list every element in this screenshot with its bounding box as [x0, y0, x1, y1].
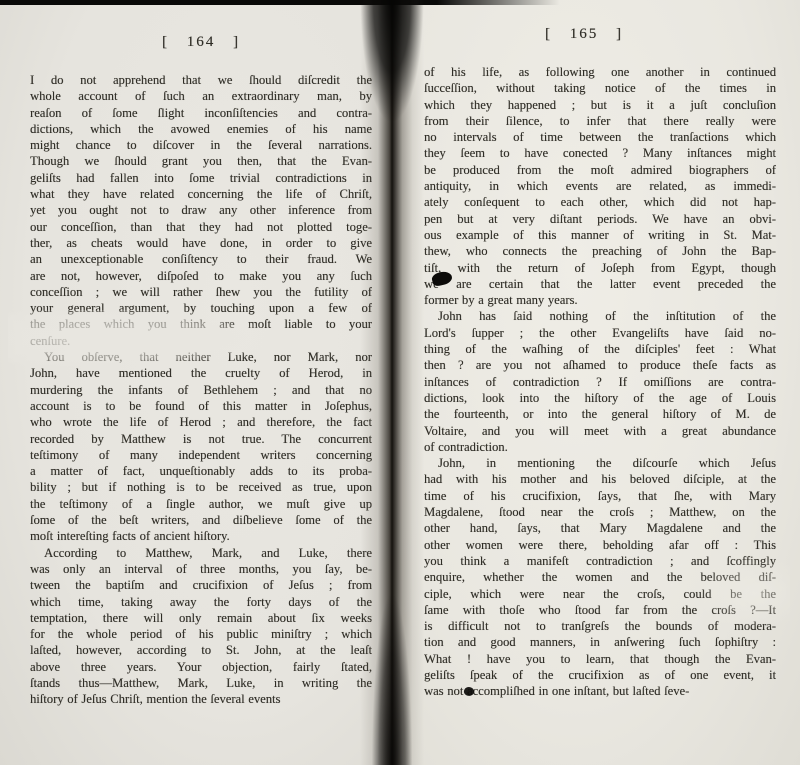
text-line: conceſſion ; we will rather ſhew you the…: [30, 284, 372, 300]
text-line: was not accompliſhed in one inſtant, but…: [424, 683, 776, 699]
text-line: then ? are you not aſhamed to produce th…: [424, 357, 776, 373]
text-line: antiquity, in which events are related, …: [424, 178, 776, 194]
text-line: your general argument, by touching upon …: [30, 300, 372, 316]
scan-edge-top: [0, 0, 560, 5]
text-line: the teſtimony of a ſingle author, we muſ…: [30, 496, 372, 512]
text-line: geliſts had fallen into ſome trivial con…: [30, 170, 372, 186]
right-page: [ 165 ] of his life, as following one an…: [392, 0, 800, 765]
gutter-shadow-bottom: [366, 545, 418, 765]
text-line: whole account of ſuch an extraordinary m…: [30, 88, 372, 104]
text-line: pen but at very diſtant periods. We have…: [424, 211, 776, 227]
text-line: which time, taking away the forty days o…: [30, 594, 372, 610]
paragraph: You obſerve, that neither Luke, nor Mark…: [30, 349, 372, 545]
paragraph: of his life, as following one another in…: [424, 64, 776, 308]
text-line: inſtances of contradiction ? If omiſſion…: [424, 374, 776, 390]
text-line: According to Matthew, Mark, and Luke, th…: [30, 545, 372, 561]
text-line: Voltaire, and you will meet with a great…: [424, 423, 776, 439]
text-line: reaſon of ſome ſlight inconſiſtencies an…: [30, 105, 372, 121]
text-line: an unexceptionable conſiſtency to their …: [30, 251, 372, 267]
text-line: enquire, whether the women and the belov…: [424, 569, 776, 585]
text-line: ſucceſſion, without taking notice of the…: [424, 80, 776, 96]
text-line: Lord's ſupper ; the other Evangeliſts ha…: [424, 325, 776, 341]
text-line: murdering the infants of Bethlehem ; and…: [30, 382, 372, 398]
page-number-header: [ 165 ]: [408, 26, 760, 43]
text-line: thew, who connects the preaching of John…: [424, 243, 776, 259]
text-line: tion and good manners, in anſwering ſuch…: [424, 634, 776, 650]
text-line: other women were there, beholding afar o…: [424, 537, 776, 553]
text-line: ſtands thus—Matthew, Mark, Luke, in writ…: [30, 675, 372, 691]
left-text-column: [ 164 ] I do not apprehend that we ſhoul…: [30, 34, 372, 708]
text-line: a matter of fact, unqueſtionably adds to…: [30, 463, 372, 479]
text-line: no intervals of time between the tranſac…: [424, 129, 776, 145]
text-line: what they have related concerning the li…: [30, 186, 372, 202]
text-line: John, have mentioned the cruelty of Hero…: [30, 365, 372, 381]
text-line: you think a manifeſt contradiction ; and…: [424, 553, 776, 569]
text-line: above three years. Your objection, fairl…: [30, 659, 372, 675]
text-line: of his life, as following one another in…: [424, 64, 776, 80]
text-line: they ſeem to have conected ? Many inſtan…: [424, 145, 776, 161]
text-line: had with his mother and his beloved diſc…: [424, 471, 776, 487]
page-body: I do not apprehend that we ſhould diſcre…: [30, 72, 372, 708]
left-page: [ 164 ] I do not apprehend that we ſhoul…: [0, 0, 392, 765]
text-line: laſted, however, according to St. John, …: [30, 642, 372, 658]
text-line: tiſt, with the return of Joſeph from Egy…: [424, 260, 776, 276]
text-line: who wrote the life of Herod ; and theref…: [30, 414, 372, 430]
text-line: John has ſaid nothing of the inſtitution…: [424, 308, 776, 324]
text-line: ſame with thoſe who ſtood far from the c…: [424, 602, 776, 618]
text-line: thing of the waſhing of the diſciples' f…: [424, 341, 776, 357]
text-line: bility ; but if nothing is to be receive…: [30, 479, 372, 495]
text-line: of contradiction.: [424, 439, 776, 455]
text-line: was only an interval of three months, yo…: [30, 561, 372, 577]
text-line: dictions, which the avowed enemies of hi…: [30, 121, 372, 137]
text-line: ately conſequent to each other, which di…: [424, 194, 776, 210]
text-line: are not, however, diſpoſed to make you a…: [30, 268, 372, 284]
text-line: be produced from the moſt admired biogra…: [424, 162, 776, 178]
text-line: which they happened ; but is it a juſt c…: [424, 97, 776, 113]
text-line: tween the baptiſm and crucifixion of Jeſ…: [30, 577, 372, 593]
text-line: John, in mentioning the diſcourſe which …: [424, 455, 776, 471]
page-body: of his life, as following one another in…: [424, 64, 776, 700]
text-line: might chance to diſcover in the ſeveral …: [30, 137, 372, 153]
text-line: I do not apprehend that we ſhould diſcre…: [30, 72, 372, 88]
gutter-shadow-top: [348, 0, 436, 170]
text-line: the fourteenth, or into the general hiſt…: [424, 406, 776, 422]
text-line: temptation, there will only remain about…: [30, 610, 372, 626]
book-spread: [ 164 ] I do not apprehend that we ſhoul…: [0, 0, 800, 765]
text-line: moſt intereſting facts of ancient hiſtor…: [30, 528, 372, 544]
text-line: recorded by Matthew is not true. The con…: [30, 431, 372, 447]
text-line: yet you ought not to draw any other infe…: [30, 202, 372, 218]
text-line: What ! have you to learn, that though th…: [424, 651, 776, 667]
text-line: ther, as cheats would have done, in orde…: [30, 235, 372, 251]
text-line: ous example of this manner of writing in…: [424, 227, 776, 243]
page-number-header: [ 164 ]: [30, 34, 372, 51]
paragraph: John, in mentioning the diſcourſe which …: [424, 455, 776, 699]
text-line: cenſure.: [30, 333, 372, 349]
text-line: other hand, ſays, that Mary Magdalene an…: [424, 520, 776, 536]
paragraph: According to Matthew, Mark, and Luke, th…: [30, 545, 372, 708]
text-line: is difficult not to tranſgreſs the bound…: [424, 618, 776, 634]
text-line: geliſts ſpeak of the crucifixion as of o…: [424, 667, 776, 683]
text-line: from their ſilence, to infer that there …: [424, 113, 776, 129]
text-line: time of his crucifixion, ſays, that ſhe,…: [424, 488, 776, 504]
text-line: the places which you think are moſt liab…: [30, 316, 372, 332]
text-line: ſome of the beſt writers, and diſbelieve…: [30, 512, 372, 528]
text-line: our conceſſion, than that they had not p…: [30, 219, 372, 235]
text-line: Though we ſhould grant you then, that th…: [30, 153, 372, 169]
text-line: dictions, look into the hiſtory of the a…: [424, 390, 776, 406]
right-text-column: [ 165 ] of his life, as following one an…: [424, 26, 776, 700]
text-line: for the whole period of his public miniſ…: [30, 626, 372, 642]
paragraph: I do not apprehend that we ſhould diſcre…: [30, 72, 372, 349]
text-line: hiſtory of Jeſus Chriſt, mention the ſev…: [30, 691, 372, 707]
text-line: teſtimony of many independent writers co…: [30, 447, 372, 463]
text-line: You obſerve, that neither Luke, nor Mark…: [30, 349, 372, 365]
paragraph: John has ſaid nothing of the inſtitution…: [424, 308, 776, 455]
text-line: Magdalene, ſtood near the croſs ; Matthe…: [424, 504, 776, 520]
text-line: ciple, which were near the croſs, could …: [424, 586, 776, 602]
text-line: we are certain that the latter event pre…: [424, 276, 776, 292]
text-line: former by a great many years.: [424, 292, 776, 308]
text-line: account is to be found of this matter in…: [30, 398, 372, 414]
